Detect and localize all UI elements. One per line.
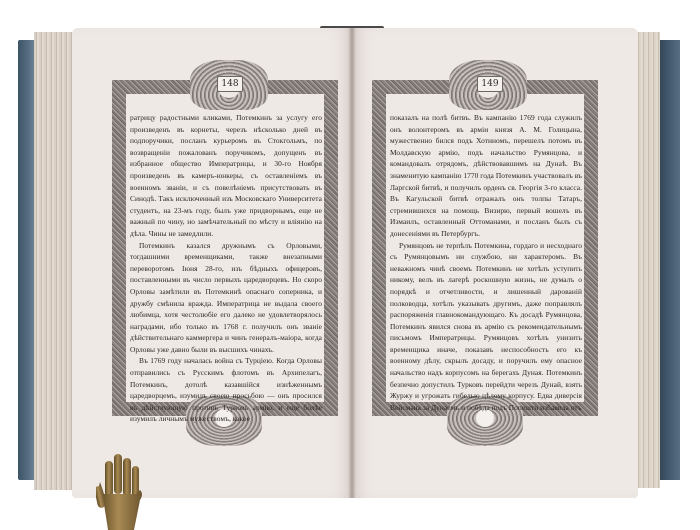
page-number-left: 148 (217, 76, 243, 92)
paragraph: показалъ на полѣ битвъ. Въ кампанію 1769… (390, 112, 582, 240)
left-page-text: ратрицу радостными кликами, Потемкинъ за… (130, 112, 322, 402)
paragraph: ратрицу радостными кликами, Потемкинъ за… (130, 112, 322, 240)
page-edges-left (34, 32, 74, 490)
right-page-text: показалъ на полѣ битвъ. Въ кампанію 1769… (390, 112, 582, 402)
page-edges-right (636, 32, 660, 488)
book-gutter (348, 28, 356, 498)
paragraph: Въ 1769 году началась война съ Турціею. … (130, 355, 322, 425)
paragraph: Потемкинъ казался дружнымъ съ Орловыми, … (130, 240, 322, 356)
page-number-right: 149 (477, 76, 503, 92)
paragraph: Румянцовъ не терпѣлъ Потемкина, гордаго … (390, 240, 582, 414)
bronze-hand-bookmark-icon (96, 452, 152, 530)
